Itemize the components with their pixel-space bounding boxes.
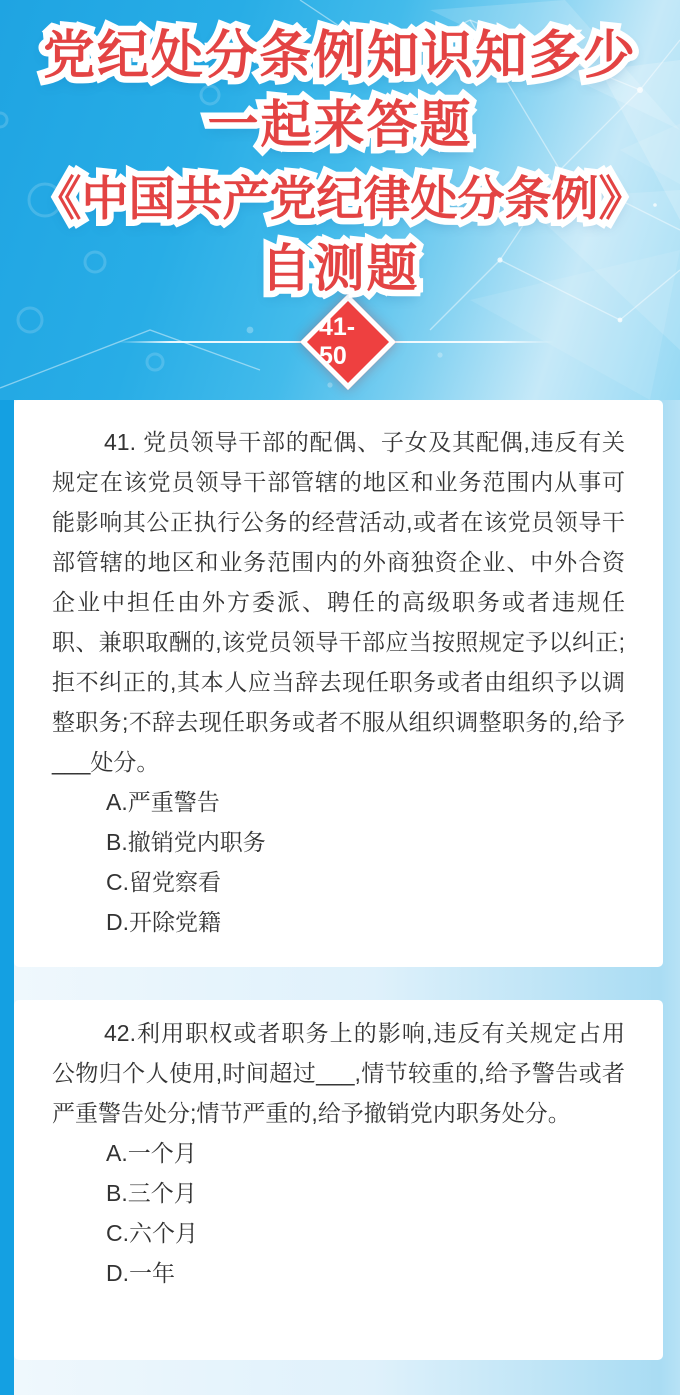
question-41-option-a: A.严重警告 — [106, 782, 625, 822]
quiz-poster-page: 党纪处分条例知识知多少 一起来答题 《中国共产党纪律处分条例》 自测题 41-5… — [0, 0, 680, 1395]
question-41-text: 41. 党员领导干部的配偶、子女及其配偶,违反有关规定在该党员领导干部管辖的地区… — [52, 422, 625, 782]
left-accent-strip — [0, 400, 14, 1395]
question-range-label: 41-50 — [319, 313, 377, 371]
question-41-option-b: B.撤销党内职务 — [106, 822, 625, 862]
question-42-option-c: C.六个月 — [106, 1213, 625, 1253]
question-42-text: 42.利用职权或者职务上的影响,违反有关规定占用公物归个人使用,时间超过___,… — [52, 1013, 625, 1133]
question-card-41: 41. 党员领导干部的配偶、子女及其配偶,违反有关规定在该党员领导干部管辖的地区… — [14, 400, 663, 967]
question-41-option-d: D.开除党籍 — [106, 902, 625, 942]
question-card-42: 42.利用职权或者职务上的影响,违反有关规定占用公物归个人使用,时间超过___,… — [14, 1000, 663, 1360]
header-banner: 党纪处分条例知识知多少 一起来答题 《中国共产党纪律处分条例》 自测题 41-5… — [0, 0, 680, 400]
question-41-option-c: C.留党察看 — [106, 862, 625, 902]
header-title-line-1: 党纪处分条例知识知多少 — [0, 27, 680, 85]
header-title-line-2: 一起来答题 — [0, 96, 680, 153]
question-42-option-d: D.一年 — [106, 1253, 625, 1293]
question-42-option-a: A.一个月 — [106, 1133, 625, 1173]
header-title-line-3: 《中国共产党纪律处分条例》 — [0, 173, 680, 226]
header-title-line-4: 自测题 — [0, 240, 680, 297]
question-42-option-b: B.三个月 — [106, 1173, 625, 1213]
